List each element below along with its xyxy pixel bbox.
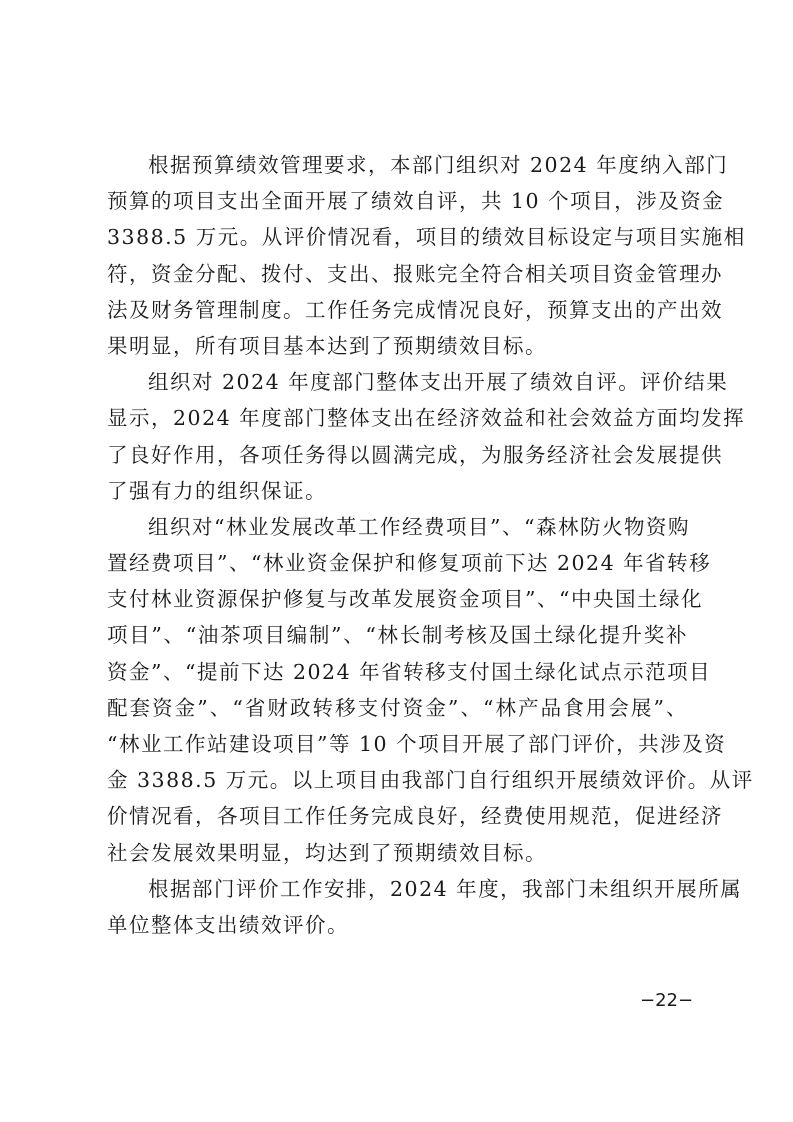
text-line: 预算的项目支出全面开展了绩效自评，共 10 个项目，涉及资金 — [107, 183, 688, 219]
text-line: 符，资金分配、拨付、支出、报账完全符合相关项目资金管理办 — [107, 256, 688, 292]
text-line: 果明显，所有项目基本达到了预期绩效目标。 — [107, 328, 688, 364]
text-line: 置经费项目”、“林业资金保护和修复项前下达 2024 年省转移 — [107, 545, 688, 581]
paragraph-unit-evaluation: 根据部门评价工作安排，2024 年度，我部门未组织开展所属 单位整体支出绩效评价… — [107, 871, 688, 943]
paragraph-self-evaluation-projects: 根据预算绩效管理要求，本部门组织对 2024 年度纳入部门 预算的项目支出全面开… — [107, 147, 688, 364]
paragraph-department-evaluation: 组织对“林业发展改革工作经费项目”、“森林防火物资购 置经费项目”、“林业资金保… — [107, 509, 688, 871]
text-line: 支付林业资源保护修复与改革发展资金项目”、“中央国土绿化 — [107, 581, 688, 617]
text-line: 了强有力的组织保证。 — [107, 473, 688, 509]
text-line: 显示，2024 年度部门整体支出在经济效益和社会效益方面均发挥 — [107, 400, 688, 436]
text-line: 根据部门评价工作安排，2024 年度，我部门未组织开展所属 — [107, 871, 688, 907]
text-line: 配套资金”、“省财政转移支付资金”、“林产品食用会展”、 — [107, 690, 688, 726]
text-line: 了良好作用，各项任务得以圆满完成，为服务经济社会发展提供 — [107, 437, 688, 473]
text-line: 组织对 2024 年度部门整体支出开展了绩效自评。评价结果 — [107, 364, 688, 400]
paragraph-overall-expenditure: 组织对 2024 年度部门整体支出开展了绩效自评。评价结果 显示，2024 年度… — [107, 364, 688, 509]
body-text: 根据预算绩效管理要求，本部门组织对 2024 年度纳入部门 预算的项目支出全面开… — [107, 147, 688, 943]
text-line: 单位整体支出绩效评价。 — [107, 907, 688, 943]
document-page: 根据预算绩效管理要求，本部门组织对 2024 年度纳入部门 预算的项目支出全面开… — [0, 0, 793, 1122]
text-line: 金 3388.5 万元。以上项目由我部门自行组织开展绩效评价。从评 — [107, 762, 688, 798]
text-line: 组织对“林业发展改革工作经费项目”、“森林防火物资购 — [107, 509, 688, 545]
page-number: −22− — [640, 990, 693, 1011]
text-line: 项目”、“油茶项目编制”、“林长制考核及国土绿化提升奖补 — [107, 617, 688, 653]
text-line: 法及财务管理制度。工作任务完成情况良好，预算支出的产出效 — [107, 292, 688, 328]
text-line: 价情况看，各项目工作任务完成良好，经费使用规范，促进经济 — [107, 798, 688, 834]
text-line: 根据预算绩效管理要求，本部门组织对 2024 年度纳入部门 — [107, 147, 688, 183]
text-line: 3388.5 万元。从评价情况看，项目的绩效目标设定与项目实施相 — [107, 219, 688, 255]
text-line: 资金”、“提前下达 2024 年省转移支付国土绿化试点示范项目 — [107, 654, 688, 690]
text-line: 社会发展效果明显，均达到了预期绩效目标。 — [107, 835, 688, 871]
text-line: “林业工作站建设项目”等 10 个项目开展了部门评价，共涉及资 — [107, 726, 688, 762]
